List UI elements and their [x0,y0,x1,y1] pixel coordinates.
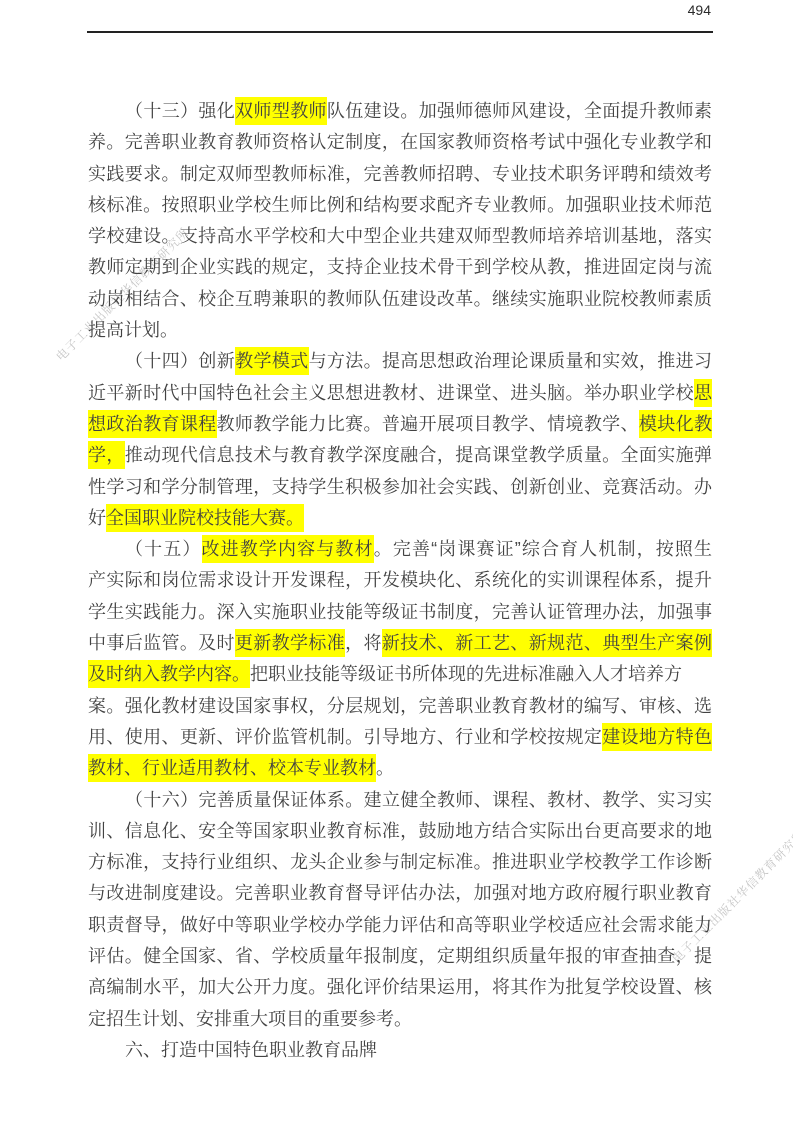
text-segment: 学校建设。支持高水平学校和大中型企业共建双师型教师培养培训基地，落实 [88,226,712,246]
text-segment: 实践要求。制定双师型教师标准，完善教师招聘、专业技术职务评聘和绩效考 [88,164,712,184]
text-line: 训、信息化、安全等国家职业教育标准，鼓励地方结合实际出台更高要求的地 [88,816,712,847]
text-segment: 提高计划。 [88,320,178,340]
highlighted-text: 建设地方特色 [602,723,712,751]
highlighted-text: 新技术、新工艺、新规范、典型生产案例 [382,629,712,657]
text-line: 职责督导，做好中等职业学校办学能力评估和高等职业学校适应社会需求能力 [88,910,712,941]
text-line: 定招生计划、安排重大项目的重要参考。 [88,1004,712,1035]
text-segment: 与改进制度建设。完善职业教育督导评估办法，加强对地方政府履行职业教育 [88,883,712,903]
text-line: 用、使用、更新、评价监管机制。引导地方、行业和学校按规定建设地方特色 [88,722,712,753]
text-segment: 案。强化教材建设国家事权，分层规划，完善职业教育教材的编写、审核、选 [88,696,712,716]
text-line: （十六）完善质量保证体系。建立健全教师、课程、教材、教学、实习实 [88,785,712,816]
text-segment: 产实际和岗位需求设计开发课程，开发模块化、系统化的实训课程体系，提升 [88,570,712,590]
text-segment: （十六）完善质量保证体系。建立健全教师、课程、教材、教学、实习实 [125,790,712,810]
text-line: （十四）创新教学模式与方法。提高思想政治理论课质量和实效，推进习 [88,346,712,377]
text-segment: 养。完善职业教育教师资格认定制度，在国家教师资格考试中强化专业教学和 [88,132,712,152]
text-segment: 方标准，支持行业组织、龙头企业参与制定标准。推进职业学校教学工作诊断 [88,852,712,872]
highlighted-text: 思 [694,379,712,407]
text-segment: 队伍建设。加强师德师风建设，全面提升教师素 [327,101,712,121]
highlighted-text: 教材、行业适用教材、校本专业教材 [88,754,376,782]
text-line: 提高计划。 [88,315,712,346]
highlighted-text: 更新教学标准 [235,629,345,657]
text-segment: 职责督导，做好中等职业学校办学能力评估和高等职业学校适应社会需求能力 [88,915,712,935]
header-rule [87,31,713,33]
text-line: 动岗相结合、校企互聘兼职的教师队伍建设改革。继续实施职业院校教师素质 [88,284,712,315]
highlighted-text: 全国职业院校技能大赛。 [106,504,304,532]
text-line: 教师定期到企业实践的规定，支持企业技术骨干到学校从教，推进固定岗与流 [88,252,712,283]
text-line: 养。完善职业教育教师资格认定制度，在国家教师资格考试中强化专业教学和 [88,127,712,158]
text-line: 学，推动现代信息技术与教育教学深度融合，提高课堂教学质量。全面实施弹 [88,440,712,471]
text-segment: 与方法。提高思想政治理论课质量和实效，推进习 [309,351,712,371]
text-line: 教材、行业适用教材、校本专业教材。 [88,753,712,784]
text-line: 近平新时代中国特色社会主义思想进教材、进课堂、进头脑。举办职业学校思 [88,378,712,409]
text-line: 及时纳入教学内容。把职业技能等级证书所体现的先进标准融入人才培养方 [88,659,712,690]
text-line: （十三）强化双师型教师队伍建设。加强师德师风建设，全面提升教师素 [88,96,712,127]
text-segment: 六、打造中国特色职业教育品牌 [125,1040,377,1060]
highlighted-text: 双师型教师 [235,97,327,125]
text-segment: 中事后监管。及时 [88,633,235,653]
highlighted-text: 想政治教育课程 [88,410,217,438]
text-segment: （十五） [125,539,202,559]
text-segment: 近平新时代中国特色社会主义思想进教材、进课堂、进头脑。举办职业学校 [88,383,694,403]
text-segment: 。 [376,758,394,778]
text-line: 评估。健全国家、省、学校质量年报制度，定期组织质量年报的审查抽查，提 [88,941,712,972]
text-line: 与改进制度建设。完善职业教育督导评估办法，加强对地方政府履行职业教育 [88,878,712,909]
text-segment: 性学习和学分制管理，支持学生积极参加社会实践、创新创业、竞赛活动。办 [88,477,712,497]
text-segment: 学生实践能力。深入实施职业技能等级证书制度，完善认证管理办法，加强事 [88,602,712,622]
highlighted-text: 模块化教 [639,410,712,438]
text-segment: （十四）创新 [125,351,235,371]
text-segment: 核标准。按照职业学校生师比例和结构要求配齐专业教师。加强职业技术师范 [88,195,712,215]
text-segment: 把职业技能等级证书所体现的先进标准融入人才培养方 [250,664,682,684]
document-body: （十三）强化双师型教师队伍建设。加强师德师风建设，全面提升教师素养。完善职业教育… [88,96,712,1066]
text-segment: 。完善“岗课赛证”综合育人机制，按照生 [374,539,712,559]
text-line: 学校建设。支持高水平学校和大中型企业共建双师型教师培养培训基地，落实 [88,221,712,252]
text-segment: 教师定期到企业实践的规定，支持企业技术骨干到学校从教，推进固定岗与流 [88,257,712,277]
text-line: 好全国职业院校技能大赛。 [88,503,712,534]
text-line: 方标准，支持行业组织、龙头企业参与制定标准。推进职业学校教学工作诊断 [88,847,712,878]
page-number: 494 [688,2,711,18]
text-line: 案。强化教材建设国家事权，分层规划，完善职业教育教材的编写、审核、选 [88,691,712,722]
text-segment: 教师教学能力比赛。普遍开展项目教学、情境教学、 [217,414,639,434]
document-page: 494 电子工业出版社华信教育研究所 电子工业出版社华信教育研究所 （十三）强化… [0,0,793,1122]
text-line: 核标准。按照职业学校生师比例和结构要求配齐专业教师。加强职业技术师范 [88,190,712,221]
text-segment: 定招生计划、安排重大项目的重要参考。 [88,1009,412,1029]
text-line: 中事后监管。及时更新教学标准，将新技术、新工艺、新规范、典型生产案例 [88,628,712,659]
text-segment: ，将 [345,633,382,653]
text-line: （十五）改进教学内容与教材。完善“岗课赛证”综合育人机制，按照生 [88,534,712,565]
text-segment: 动岗相结合、校企互聘兼职的教师队伍建设改革。继续实施职业院校教师素质 [88,289,712,309]
text-segment: 用、使用、更新、评价监管机制。引导地方、行业和学校按规定 [88,727,602,747]
text-line: 性学习和学分制管理，支持学生积极参加社会实践、创新创业、竞赛活动。办 [88,472,712,503]
text-segment: 推动现代信息技术与教育教学深度融合，提高课堂教学质量。全面实施弹 [125,445,712,465]
text-segment: 训、信息化、安全等国家职业教育标准，鼓励地方结合实际出台更高要求的地 [88,821,712,841]
text-segment: 高编制水平，加大公开力度。强化评价结果运用，将其作为批复学校设置、核 [88,977,712,997]
text-segment: 评估。健全国家、省、学校质量年报制度，定期组织质量年报的审查抽查，提 [88,946,712,966]
text-line: 高编制水平，加大公开力度。强化评价结果运用，将其作为批复学校设置、核 [88,972,712,1003]
highlighted-text: 学， [88,441,125,469]
highlighted-text: 改进教学内容与教材 [202,535,374,563]
text-line: 想政治教育课程教师教学能力比赛。普遍开展项目教学、情境教学、模块化教 [88,409,712,440]
text-segment: 好 [88,508,106,528]
text-segment: （十三）强化 [125,101,235,121]
text-line: 学生实践能力。深入实施职业技能等级证书制度，完善认证管理办法，加强事 [88,597,712,628]
section-heading: 六、打造中国特色职业教育品牌 [88,1035,712,1066]
highlighted-text: 及时纳入教学内容。 [88,660,250,688]
highlighted-text: 教学模式 [235,347,308,375]
text-line: 产实际和岗位需求设计开发课程，开发模块化、系统化的实训课程体系，提升 [88,565,712,596]
text-line: 实践要求。制定双师型教师标准，完善教师招聘、专业技术职务评聘和绩效考 [88,159,712,190]
